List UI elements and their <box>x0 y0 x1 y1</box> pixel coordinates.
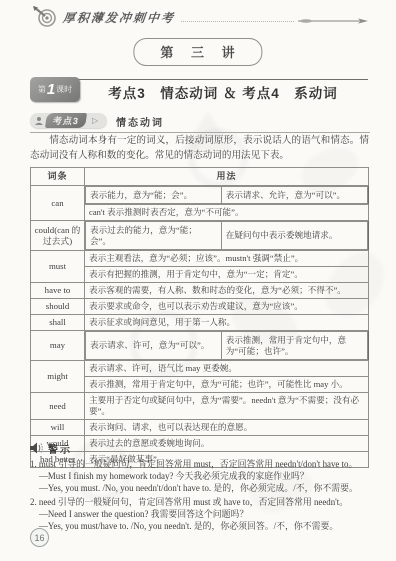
warning-line: —Yes, you must. /No, you needn't/don't h… <box>30 482 370 494</box>
usage-cell: 表示有把握的推测，用于肯定句中，意为“一定；肯定”。 <box>85 267 369 283</box>
term-cell: shall <box>31 315 85 331</box>
modal-verb-table-wrap: 词条 用法 can 表示能力，意为“能；会”。 表示请求、允许，意为“可以”。 … <box>30 167 369 468</box>
usage-cell: 表示过去的能力，意为“能；会”。 在疑问句中表示委婉地请求。 <box>85 221 368 250</box>
warning-item: 1. must 引导的一般疑问句，肯定回答常用 must，否定回答常用 need… <box>30 458 370 495</box>
usage-text: 表示能力，意为“能；会”。 <box>86 187 221 203</box>
target-dart-icon <box>33 6 59 28</box>
table-header-row: 词条 用法 <box>31 168 369 186</box>
page-number-badge: 16 <box>30 528 49 547</box>
warning-line: 2. need 引导的一般疑问句，肯定回答常用 must 或 have to，否… <box>30 496 370 508</box>
section-header: 考点3 ▷ 情态动词 <box>30 113 370 133</box>
usage-cell: 表示请求、许可，意为“可以”。 表示推测，常用于肯定句中，意为“可能；也许”。 <box>85 331 368 360</box>
warning-line: —Yes, you must/have to. /No, you needn't… <box>30 520 370 532</box>
lesson-band: 第 1 课时 考点3 情态动词 ＆ 考点4 系动词 <box>30 79 368 105</box>
usage-text: 表示推测，常用于肯定句中，意为“可能；也许”。 <box>221 332 367 359</box>
usage-text: 表示过去的能力，意为“能；会”。 <box>86 222 221 249</box>
table-row-should: should 表示要求或命令，也可以表示劝告或建议，意为“应该”。 <box>31 299 369 315</box>
person-icon <box>34 116 44 126</box>
lesson-badge-suffix: 课时 <box>56 84 72 95</box>
table-row-can: can 表示能力，意为“能；会”。 表示请求、允许，意为“可以”。 <box>31 186 369 205</box>
usage-cell: 表示主观看法，意为“必须；应该”。mustn't 强调“禁止”。 <box>85 251 369 267</box>
term-cell: need <box>31 393 85 420</box>
usage-cell: 表示推测，常用于肯定句中，意为“可能；也许”，可能性比 may 小。 <box>85 377 369 393</box>
section-badge: 考点3 <box>45 113 87 128</box>
speaker-icon <box>30 442 44 454</box>
warning-item: 2. need 引导的一般疑问句，肯定回答常用 must 或 have to，否… <box>30 496 370 533</box>
usage-text: 表示请求、许可，意为“可以”。 <box>86 338 221 354</box>
usage-cell: 主要用于否定句或疑问句中，意为“需要”。needn't 意为“不需要；没有必要”… <box>85 393 369 420</box>
usage-text: 在疑问句中表示委婉地请求。 <box>221 222 367 249</box>
usage-cell: 表示能力，意为“能；会”。 表示请求、允许，意为“可以”。 <box>85 186 368 204</box>
term-cell: might <box>31 361 85 393</box>
lesson-badge-prefix: 第 <box>38 84 46 95</box>
usage-cell: 表示客观的需要，有人称、数和时态的变化，意为“必须；不得不”。 <box>85 283 369 299</box>
warning-header: 警示 <box>30 441 370 455</box>
term-cell: should <box>31 299 85 315</box>
term-cell: may <box>31 331 85 361</box>
usage-cell: 表示要求或命令，也可以表示劝告或建议，意为“应该”。 <box>85 299 369 315</box>
table-row-have-to: have to 表示客观的需要，有人称、数和时态的变化，意为“必须；不得不”。 <box>31 283 369 299</box>
chevron-right-icon: ▷ <box>92 116 98 125</box>
col-header-term: 词条 <box>31 168 85 186</box>
chapter-title: 第 三 讲 <box>133 38 262 66</box>
term-cell: can <box>31 186 85 221</box>
table-row-could: could(can 的过去式) 表示过去的能力，意为“能；会”。 在疑问句中表示… <box>31 221 369 251</box>
warning-line: —Must I finish my homework today? 今天我必须完… <box>30 470 370 482</box>
usage-cell: can't 表示推测时表否定，意为“不可能”。 <box>85 205 369 221</box>
divider <box>78 79 368 80</box>
table-row-may: may 表示请求、许可，意为“可以”。 表示推测，常用于肯定句中，意为“可能；也… <box>31 331 369 361</box>
arrow-right-icon <box>298 16 368 26</box>
page-header: 厚积薄发冲刺中考 <box>33 5 368 29</box>
usage-text: 表示请求、允许，意为“可以”。 <box>221 187 367 203</box>
modal-verb-table: 词条 用法 can 表示能力，意为“能；会”。 表示请求、允许，意为“可以”。 … <box>30 167 369 468</box>
lesson-badge-number: 1 <box>47 81 55 98</box>
usage-cell: 表示询问、请求，也可以表达现在的意愿。 <box>85 420 369 436</box>
table-row-need: need 主要用于否定句或疑问句中，意为“需要”。needn't 意为“不需要；… <box>31 393 369 420</box>
section-pill: 考点3 ▷ <box>30 113 107 128</box>
brand-slogan: 厚积薄发冲刺中考 <box>62 9 176 26</box>
dotted-rule <box>181 20 294 22</box>
intro-text: 情态动词本身有一定的词义，后接动词原形，表示说话人的语气和情态。情态动词没有人称… <box>30 134 369 163</box>
warning-section: 警示 1. must 引导的一般疑问句，肯定回答常用 must，否定回答常用 n… <box>30 441 370 533</box>
table-row-shall: shall 表示征求或询问意见，用于第一人称。 <box>31 315 369 331</box>
section-label: 情态动词 <box>116 114 164 129</box>
usage-cell: 表示征求或询问意见，用于第一人称。 <box>85 315 369 331</box>
table-row-will: will 表示询问、请求，也可以表达现在的意愿。 <box>31 420 369 436</box>
warning-line: 1. must 引导的一般疑问句，肯定回答常用 must，否定回答常用 need… <box>30 458 370 470</box>
lesson-number-badge: 第 1 课时 <box>30 77 80 102</box>
term-cell: will <box>31 420 85 436</box>
term-cell: must <box>31 251 85 283</box>
intro-paragraph: 情态动词本身有一定的词义，后接动词原形，表示说话人的语气和情态。情态动词没有人称… <box>30 134 369 163</box>
scanned-textbook-page: 厚积薄发冲刺中考 第 三 讲 第 1 课时 考点3 情态动词 ＆ 考点4 系动词… <box>0 0 396 561</box>
warning-label: 警示 <box>48 441 72 456</box>
warning-line: —Need I answer the question? 我需要回答这个问题吗？ <box>30 508 370 520</box>
table-row-must: must 表示主观看法，意为“必须；应该”。mustn't 强调“禁止”。 <box>31 251 369 267</box>
page-title: 考点3 情态动词 ＆ 考点4 系动词 <box>78 82 368 102</box>
term-cell: could(can 的过去式) <box>31 221 85 251</box>
usage-cell: 表示请求、许可，语气比 may 更委婉。 <box>85 361 369 377</box>
col-header-usage: 用法 <box>85 168 369 186</box>
term-cell: have to <box>31 283 85 299</box>
table-row-might: might 表示请求、许可，语气比 may 更委婉。 <box>31 361 369 377</box>
